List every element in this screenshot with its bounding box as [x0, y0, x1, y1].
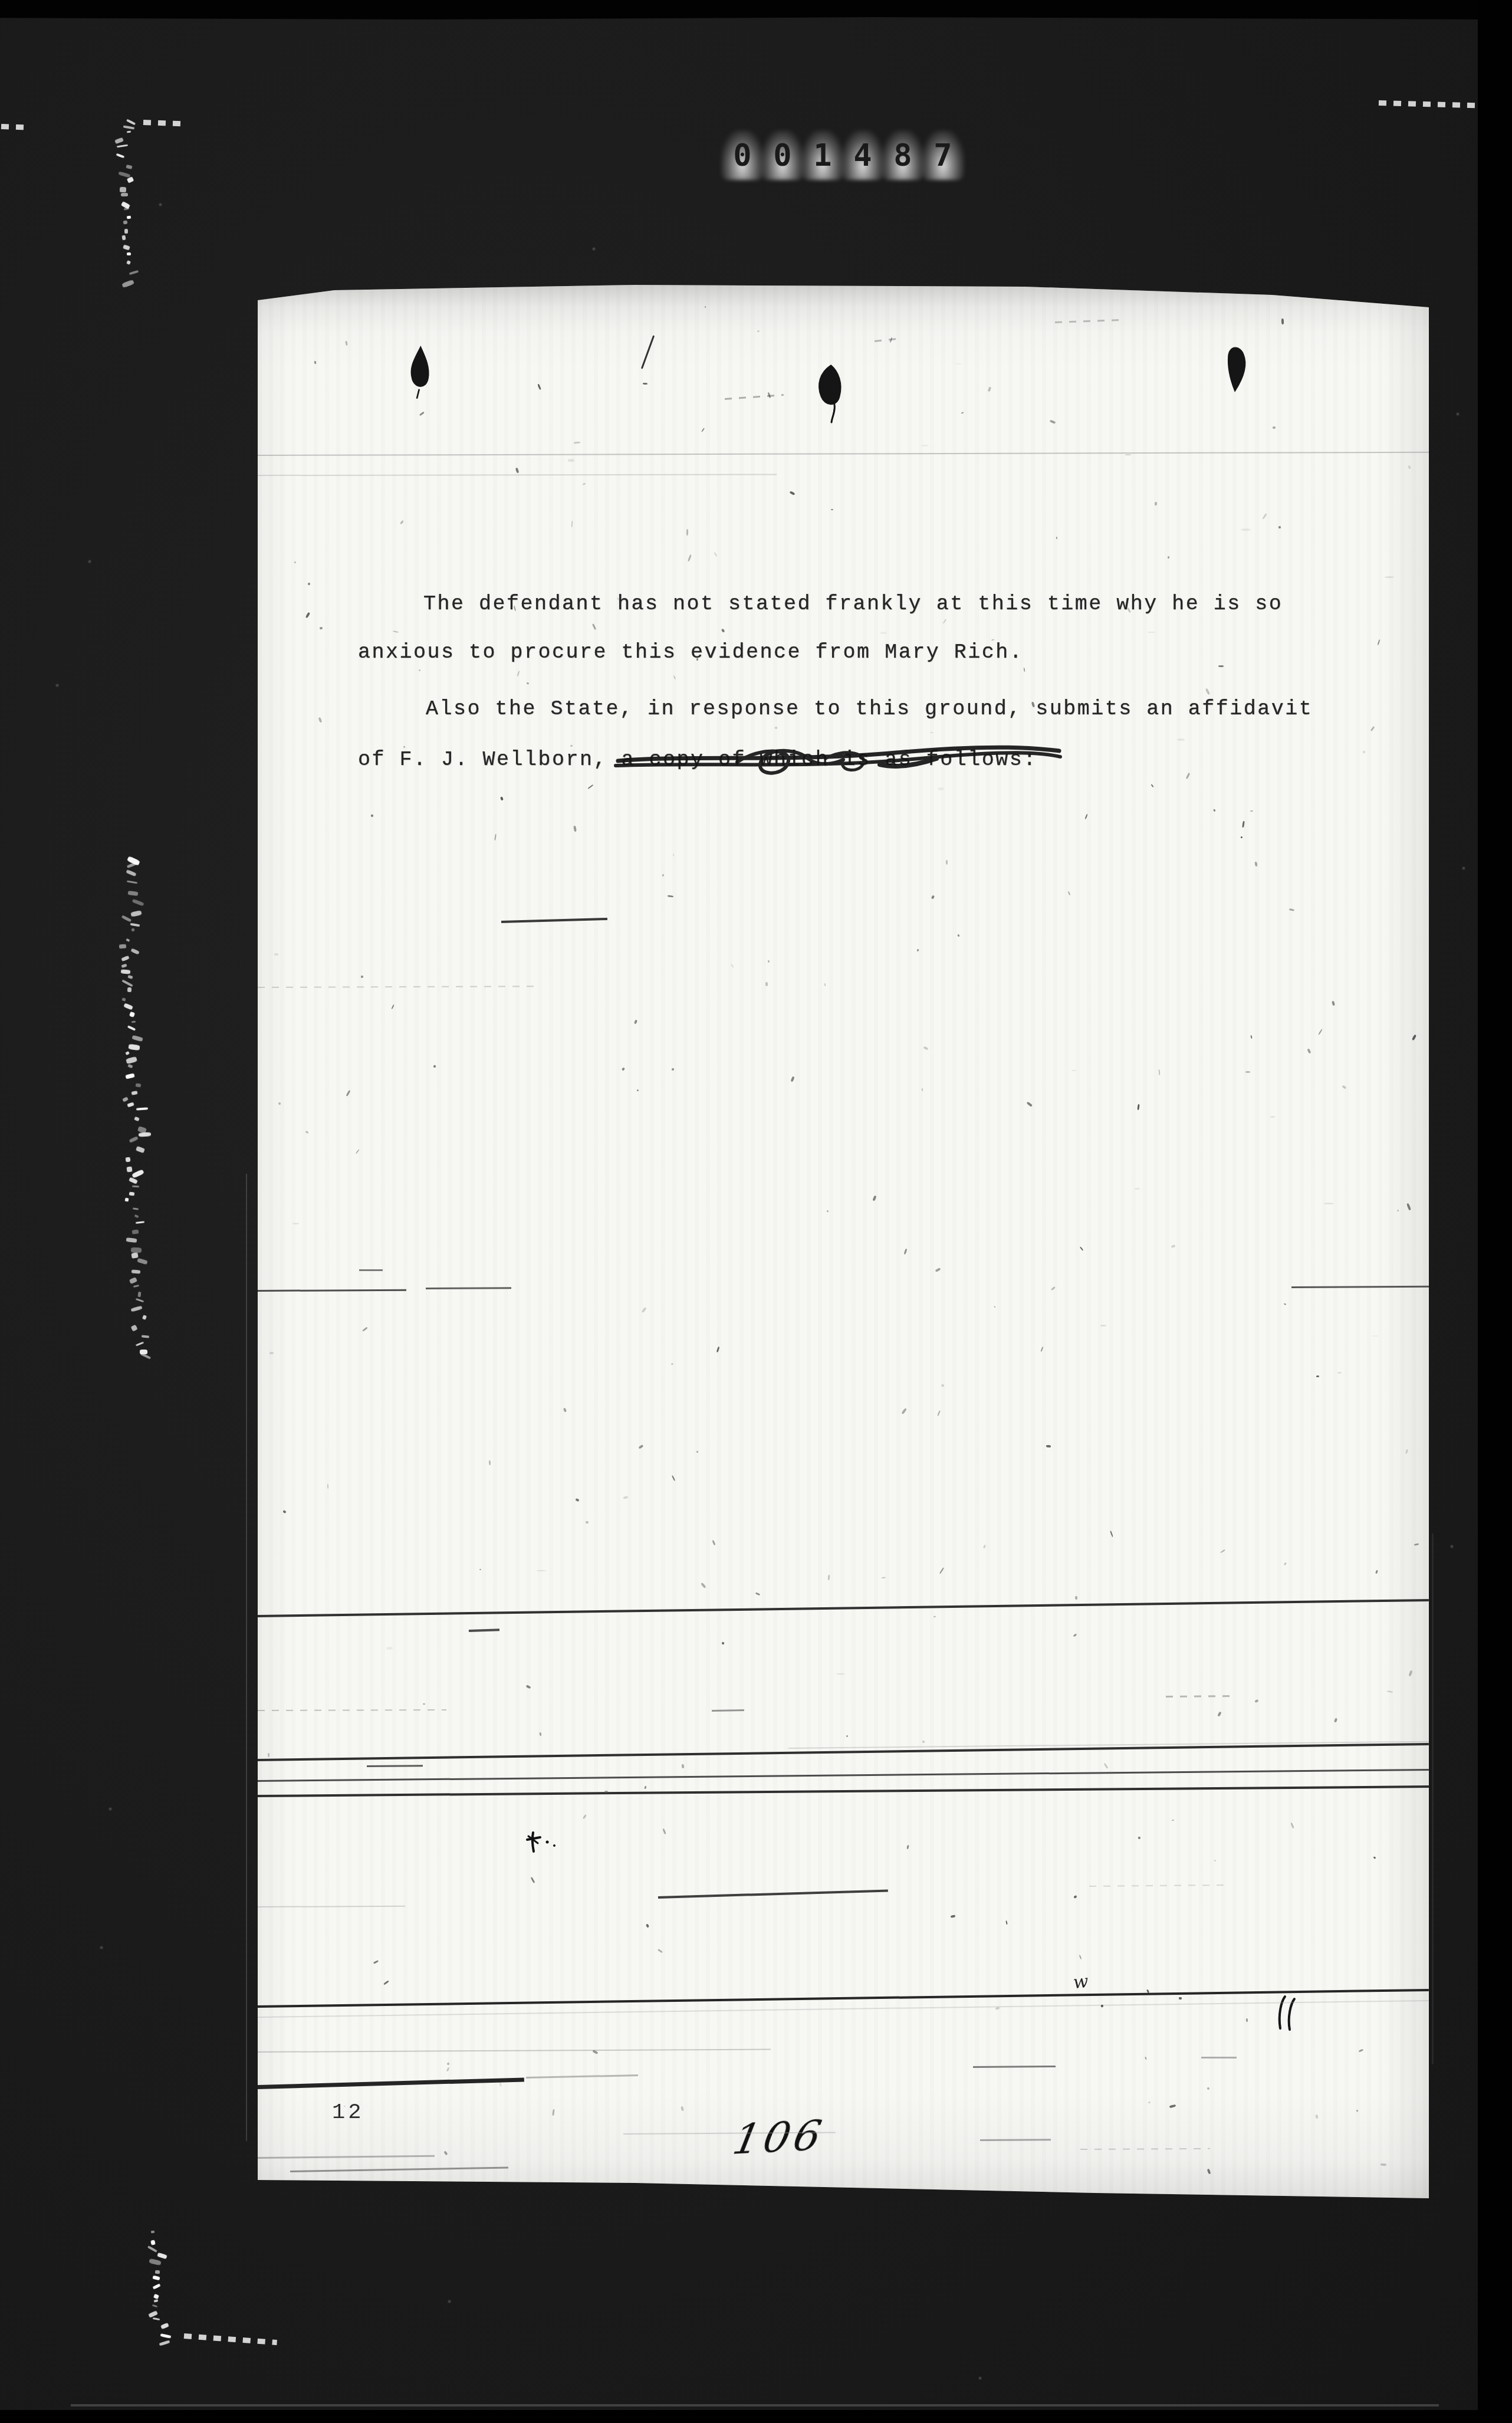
paper-speck: [638, 1445, 643, 1450]
paper-speck: [1073, 1634, 1076, 1637]
paper-speck: [1218, 665, 1224, 667]
scan-scratch-line: [1055, 319, 1121, 323]
left-scratch-bottom: [150, 2240, 156, 2245]
left-scratch-top: [129, 270, 139, 275]
paper-speck: [634, 1019, 637, 1024]
left-scratch-middle: [127, 1166, 133, 1172]
paper-speck: [938, 1410, 941, 1417]
paper-speck: [1085, 814, 1088, 819]
scan-scratch-line: [258, 1785, 1429, 1797]
left-scratch-middle: [132, 899, 144, 907]
film-right-band: [1478, 0, 1512, 2423]
pen-slash-mark: [641, 335, 655, 369]
left-scratch-top: [127, 252, 131, 256]
paper-speck: [1040, 1347, 1043, 1352]
paper-smudge: [1135, 1188, 1140, 1190]
left-scratch-middle: [127, 987, 132, 993]
stamp-digit-cell: 8: [885, 133, 921, 177]
paper-speck: [1363, 750, 1366, 753]
paper-speck: [383, 1980, 389, 1985]
paper-speck: [643, 382, 647, 384]
paper-speck: [668, 895, 673, 897]
paper-speck: [701, 428, 705, 432]
ink-blob-left: [405, 344, 438, 400]
paper-speck: [346, 1090, 350, 1096]
paper-speck: [479, 1569, 481, 1570]
left-scratch-middle: [126, 869, 136, 876]
paper-speck: [576, 1498, 580, 1501]
scan-scratch-line: [258, 2077, 524, 2089]
left-scratch-middle: [121, 964, 127, 968]
paper-speck: [1334, 1718, 1338, 1722]
paper-speck: [1250, 810, 1253, 812]
paper-speck: [1370, 726, 1375, 731]
left-scratch-middle: [127, 880, 137, 884]
paper-speck: [1359, 2048, 1364, 2052]
left-scratch-middle: [136, 1145, 145, 1153]
paper-speck: [922, 1088, 923, 1091]
paper-speck: [305, 612, 311, 619]
left-scratch-middle: [136, 1221, 144, 1224]
scan-scratch-line: [1080, 2148, 1210, 2150]
paper-smudge: [1270, 1116, 1275, 1118]
scan-scratch-line: [290, 2167, 508, 2172]
paper-speck: [672, 853, 675, 856]
paper-speck: [1159, 1069, 1161, 1075]
paper-smudge: [880, 632, 887, 634]
left-scratch-top: [121, 235, 126, 240]
paper-speck: [588, 784, 594, 789]
typed-text-line-3: Also the State, in response to this grou…: [426, 696, 1313, 722]
paper-speck: [1289, 908, 1295, 911]
paper-speck: [946, 860, 948, 865]
paper-speck: [574, 442, 580, 444]
left-scratch-middle: [130, 922, 140, 926]
left-scratch-middle: [136, 1298, 144, 1302]
paper-speck: [686, 529, 689, 536]
left-scratch-middle: [119, 944, 126, 949]
paper-speck: [1110, 1531, 1113, 1537]
scan-scratch-line: [1166, 1695, 1237, 1698]
scan-scratch-line: [258, 986, 535, 988]
scan-scratch-line: [1291, 1286, 1429, 1288]
left-scratch-middle: [130, 1324, 137, 1331]
scan-scratch-line: [258, 1709, 446, 1711]
scan-scratch-line: [1201, 2057, 1237, 2058]
left-scratch-top: [123, 126, 134, 130]
film-speck: [448, 2300, 451, 2303]
left-scratch-bottom: [154, 2300, 158, 2303]
scan-scratch-line: [973, 2066, 1056, 2068]
paper-smudge: [1241, 528, 1251, 531]
film-frame-line: [71, 2404, 1439, 2406]
paper-speck: [537, 384, 541, 390]
left-scratch-middle: [131, 910, 142, 917]
paper-speck: [670, 1362, 673, 1365]
left-scratch-bottom: [149, 2258, 161, 2266]
paper-speck: [1207, 2168, 1211, 2174]
scan-scratch-line: [725, 394, 784, 400]
paper-speck: [419, 411, 425, 416]
left-scratch-middle: [132, 1186, 139, 1188]
handwritten-page-number: 106: [729, 2111, 829, 2164]
paper-speck: [1408, 1670, 1412, 1677]
film-bottom-band: [0, 2410, 1512, 2423]
paper-speck: [1241, 836, 1243, 839]
paper-speck: [931, 895, 935, 899]
left-scratch-middle: [139, 1132, 151, 1137]
left-scratch-top: [123, 244, 130, 250]
paper-smudge: [836, 1673, 845, 1675]
paper-speck: [1151, 784, 1155, 787]
paper-smudge: [1337, 1372, 1342, 1374]
typed-text-line-2: anxious to procure this evidence from Ma…: [358, 639, 1023, 665]
paper-speck: [1245, 1071, 1250, 1073]
film-speck: [1380, 1846, 1382, 1849]
paper-speck: [1281, 319, 1284, 324]
paper-speck: [1316, 2115, 1319, 2119]
paper-speck: [446, 2067, 449, 2071]
left-scratch-middle: [128, 1044, 140, 1050]
typed-page-number: 12: [332, 2100, 364, 2125]
scan-scratch-line: [258, 1289, 406, 1292]
paper-speck: [721, 1642, 724, 1646]
film-speck: [979, 2377, 981, 2379]
left-scratch-middle: [134, 1116, 140, 1121]
paper-speck: [573, 826, 577, 832]
paper-speck: [552, 2109, 554, 2115]
scan-scratch-line: [469, 1629, 499, 1632]
paper-speck: [714, 552, 717, 557]
paper-speck: [922, 1741, 925, 1743]
left-scratch-middle: [132, 1253, 139, 1259]
scan-scratch-line: [258, 1989, 1429, 2008]
paper-speck: [789, 491, 795, 495]
paper-speck: [355, 1149, 359, 1154]
paper-speck: [673, 675, 676, 679]
paper-speck: [391, 1004, 394, 1009]
paper-speck: [872, 1196, 876, 1201]
paper-speck: [586, 1521, 589, 1524]
left-scratch-bottom: [153, 2317, 160, 2320]
paper-speck: [1205, 688, 1210, 695]
paper-speck: [1050, 419, 1056, 424]
paper-speck: [827, 1210, 829, 1213]
paper-speck: [731, 964, 734, 968]
stamp-digit-cell: 1: [804, 133, 841, 177]
left-scratch-bottom: [152, 2276, 160, 2281]
paper-speck: [672, 1475, 675, 1481]
paper-speck: [1023, 668, 1025, 672]
paper-speck: [701, 1582, 706, 1588]
paper-speck: [994, 1306, 996, 1308]
paper-speck: [824, 983, 826, 986]
scan-scratch-line: [712, 1709, 744, 1712]
film-speck: [1457, 413, 1459, 415]
left-scratch-bottom: [160, 2323, 169, 2330]
left-scratch-middle: [128, 975, 133, 979]
paper-speck: [916, 949, 919, 952]
paper-speck: [314, 361, 317, 364]
sequence-number-stamp: 0 0 1 4 8 7: [724, 133, 961, 177]
stamp-digit: 4: [844, 133, 881, 178]
paper-smudge: [537, 1570, 546, 1571]
paper-speck: [1220, 1549, 1225, 1553]
left-scratch-bottom: [157, 2252, 167, 2258]
left-scratch-bottom: [155, 2270, 160, 2274]
scan-scratch-line: [359, 1269, 383, 1271]
stamp-digit: 0: [724, 133, 761, 178]
paper-speck: [950, 1915, 955, 1918]
paper-speck: [1172, 1819, 1175, 1821]
paper-speck: [987, 387, 991, 392]
paper-speck: [1284, 1303, 1286, 1305]
paper-speck: [961, 412, 964, 413]
scan-scratch-line: [258, 452, 1429, 456]
left-scratch-middle: [132, 1229, 139, 1234]
paper-speck: [327, 1484, 328, 1489]
paper-speck: [1262, 513, 1267, 520]
paper-speck: [935, 1268, 941, 1272]
paper-speck: [1356, 2109, 1358, 2112]
paper-smudge: [1177, 738, 1185, 741]
left-scratch-middle: [125, 1073, 134, 1079]
paper-speck: [903, 1248, 907, 1255]
paper-speck: [1242, 820, 1244, 827]
paper-speck: [942, 619, 946, 623]
paper-smudge: [955, 363, 963, 365]
document-page: The defendant has not stated frankly at …: [258, 280, 1429, 2200]
paper-speck: [939, 1567, 944, 1574]
paper-speck: [1213, 809, 1215, 812]
paper-speck: [371, 815, 373, 817]
paper-speck: [1148, 2101, 1151, 2103]
left-scratch-bottom: [151, 2231, 155, 2234]
paper-speck: [1255, 862, 1258, 866]
paper-speck: [1080, 1246, 1084, 1251]
paper-speck: [1103, 1763, 1108, 1769]
scan-scratch-line: [258, 1906, 405, 1907]
left-scratch-middle: [127, 1102, 134, 1108]
paper-speck: [1138, 1837, 1140, 1840]
paper-speck: [423, 1703, 425, 1705]
paper-speck: [1075, 1596, 1077, 1600]
paper-speck: [530, 1877, 535, 1883]
left-scratch-middle: [132, 1035, 143, 1042]
paper-speck: [681, 1764, 684, 1769]
left-scratch-middle: [129, 1192, 134, 1196]
paper-speck: [906, 1845, 909, 1850]
left-scratch-middle: [136, 1342, 144, 1347]
film-edge-fringe-left: [246, 1174, 247, 2141]
left-scratch-top: [127, 131, 132, 133]
left-scratch-bottom: [160, 2333, 172, 2338]
paper-speck: [658, 1949, 663, 1953]
paper-speck: [1145, 2057, 1147, 2060]
left-scratch-middle: [132, 1020, 136, 1023]
left-scratch-middle: [142, 1335, 149, 1339]
left-scratch-middle: [136, 1108, 148, 1111]
paper-speck: [268, 1753, 269, 1757]
paper-speck: [790, 1076, 794, 1082]
stamp-digit: 1: [804, 133, 841, 178]
paper-speck: [828, 1575, 830, 1581]
paper-speck: [400, 520, 403, 524]
paper-speck: [1373, 1856, 1376, 1859]
paper-speck: [488, 1460, 490, 1465]
stamp-digit-cell: 0: [764, 133, 801, 177]
paper-speck: [1377, 639, 1380, 645]
left-scratch-middle: [129, 1012, 136, 1017]
paper-speck: [1405, 1449, 1409, 1455]
paper-speck: [1027, 1102, 1033, 1107]
left-scratch-middle: [129, 1136, 138, 1143]
paper-speck: [765, 981, 768, 986]
left-scratch-middle: [132, 1169, 144, 1178]
paper-speck: [644, 1786, 646, 1789]
left-scratch-top: [123, 220, 127, 224]
paper-speck: [901, 1408, 907, 1415]
stamp-digit: 8: [885, 133, 921, 178]
paper-speck: [662, 1828, 666, 1834]
paper-speck: [642, 1307, 647, 1314]
paper-speck: [1406, 1203, 1411, 1210]
left-scratch-bottom: [148, 2310, 158, 2317]
paper-speck: [320, 627, 323, 630]
film-scratch-dashes: [1, 124, 24, 130]
stamp-digit-cell: 0: [724, 133, 761, 177]
scan-scratch-line: [367, 1765, 423, 1767]
paper-smudge: [1385, 576, 1394, 578]
paper-speck: [623, 1496, 628, 1499]
paper-speck: [622, 1067, 625, 1071]
paper-speck: [755, 1593, 761, 1596]
paper-speck: [571, 521, 573, 528]
left-scratch-top: [121, 279, 134, 287]
paper-speck: [527, 682, 529, 685]
paper-speck: [646, 1923, 649, 1928]
left-scratch-middle: [129, 1277, 138, 1285]
stamp-digit-cell: 4: [844, 133, 881, 177]
left-scratch-middle: [131, 1269, 140, 1273]
film-scratch-dashes: [184, 2333, 277, 2345]
paper-speck: [1291, 1823, 1294, 1828]
paper-speck: [1397, 1209, 1399, 1211]
paper-speck: [393, 631, 399, 633]
left-scratch-top: [123, 207, 129, 211]
left-scratch-middle: [126, 1237, 137, 1243]
left-scratch-bottom: [152, 2284, 160, 2290]
left-scratch-middle: [133, 1285, 139, 1288]
left-scratch-middle: [126, 1056, 137, 1064]
paper-speck: [983, 1544, 986, 1548]
paper-speck: [1387, 1690, 1393, 1693]
stamp-digit-cell: 7: [925, 133, 961, 177]
paper-speck: [525, 1685, 531, 1690]
ink-hook-mark: [1276, 1994, 1301, 2032]
film-speck: [1462, 867, 1465, 869]
film-speck: [593, 248, 595, 250]
left-scratch-top: [126, 165, 132, 169]
left-scratch-middle: [129, 1177, 138, 1184]
paper-speck: [1046, 1445, 1051, 1447]
paper-smudge: [1100, 1325, 1106, 1326]
paper-speck: [1380, 2163, 1386, 2166]
paper-speck: [269, 1352, 274, 1354]
left-scratch-middle: [127, 1025, 135, 1031]
paper-speck: [583, 482, 586, 485]
paper-speck: [1284, 1562, 1287, 1565]
film-speck: [109, 1808, 111, 1810]
scan-scratch-line: [258, 1599, 1429, 1617]
film-edge-fringe-right: [1432, 1534, 1434, 2064]
left-scratch-middle: [126, 938, 130, 942]
paper-smudge: [1372, 1335, 1378, 1337]
paper-speck: [1414, 1543, 1419, 1545]
paper-speck: [583, 1814, 587, 1819]
paper-speck: [500, 796, 504, 800]
left-scratch-middle: [122, 1096, 129, 1102]
paper-speck: [1171, 1245, 1175, 1249]
scan-scratch-line: [258, 2048, 771, 2053]
scan-scratch-line: [426, 1287, 511, 1289]
left-scratch-middle: [121, 997, 126, 1002]
paper-speck: [1169, 2104, 1176, 2109]
paper-smudge: [274, 953, 278, 956]
strikeout-scribble: [613, 738, 1067, 781]
paper-speck: [318, 717, 323, 723]
paper-speck: [923, 1046, 928, 1050]
paper-speck: [443, 2151, 448, 2155]
left-scratch-middle: [137, 1292, 141, 1297]
ink-doodle-mark: [525, 1830, 566, 1854]
paper-speck: [1168, 556, 1169, 559]
left-scratch-middle: [136, 1084, 142, 1088]
paper-speck: [1214, 1860, 1217, 1861]
paper-speck: [846, 1735, 848, 1738]
paper-speck: [1318, 1029, 1323, 1035]
film-speck: [159, 203, 162, 206]
paper-speck: [1207, 2087, 1210, 2090]
paper-speck: [712, 1540, 715, 1546]
paper-speck: [681, 2106, 684, 2111]
film-scratch-dashes: [1379, 100, 1479, 108]
paper-speck: [308, 583, 310, 585]
paper-speck: [1246, 2018, 1248, 2022]
paper-speck: [672, 1068, 674, 1071]
left-scratch-middle: [125, 1157, 130, 1162]
paper-speck: [696, 1450, 699, 1453]
paper-speck: [361, 976, 364, 978]
paper-speck: [433, 1065, 435, 1068]
paper-speck: [995, 2007, 1000, 2010]
paper-speck: [934, 1616, 936, 1618]
paper-speck: [1307, 1048, 1312, 1053]
paper-speck: [705, 306, 706, 308]
paper-speck: [563, 1407, 567, 1412]
paper-speck: [716, 1346, 719, 1352]
scan-scratch-line: [658, 1889, 888, 1899]
paper-speck: [1006, 1920, 1008, 1925]
film-scratch-dashes: [143, 120, 186, 127]
paper-speck: [278, 1102, 281, 1105]
typed-text-line-4-prefix: of F. J. Wellborn,: [358, 748, 622, 771]
left-scratch-middle: [131, 1305, 143, 1312]
paper-smudge: [1324, 1203, 1334, 1204]
paper-speck: [957, 934, 960, 937]
paper-smudge: [386, 1647, 393, 1650]
paper-speck: [345, 340, 347, 345]
